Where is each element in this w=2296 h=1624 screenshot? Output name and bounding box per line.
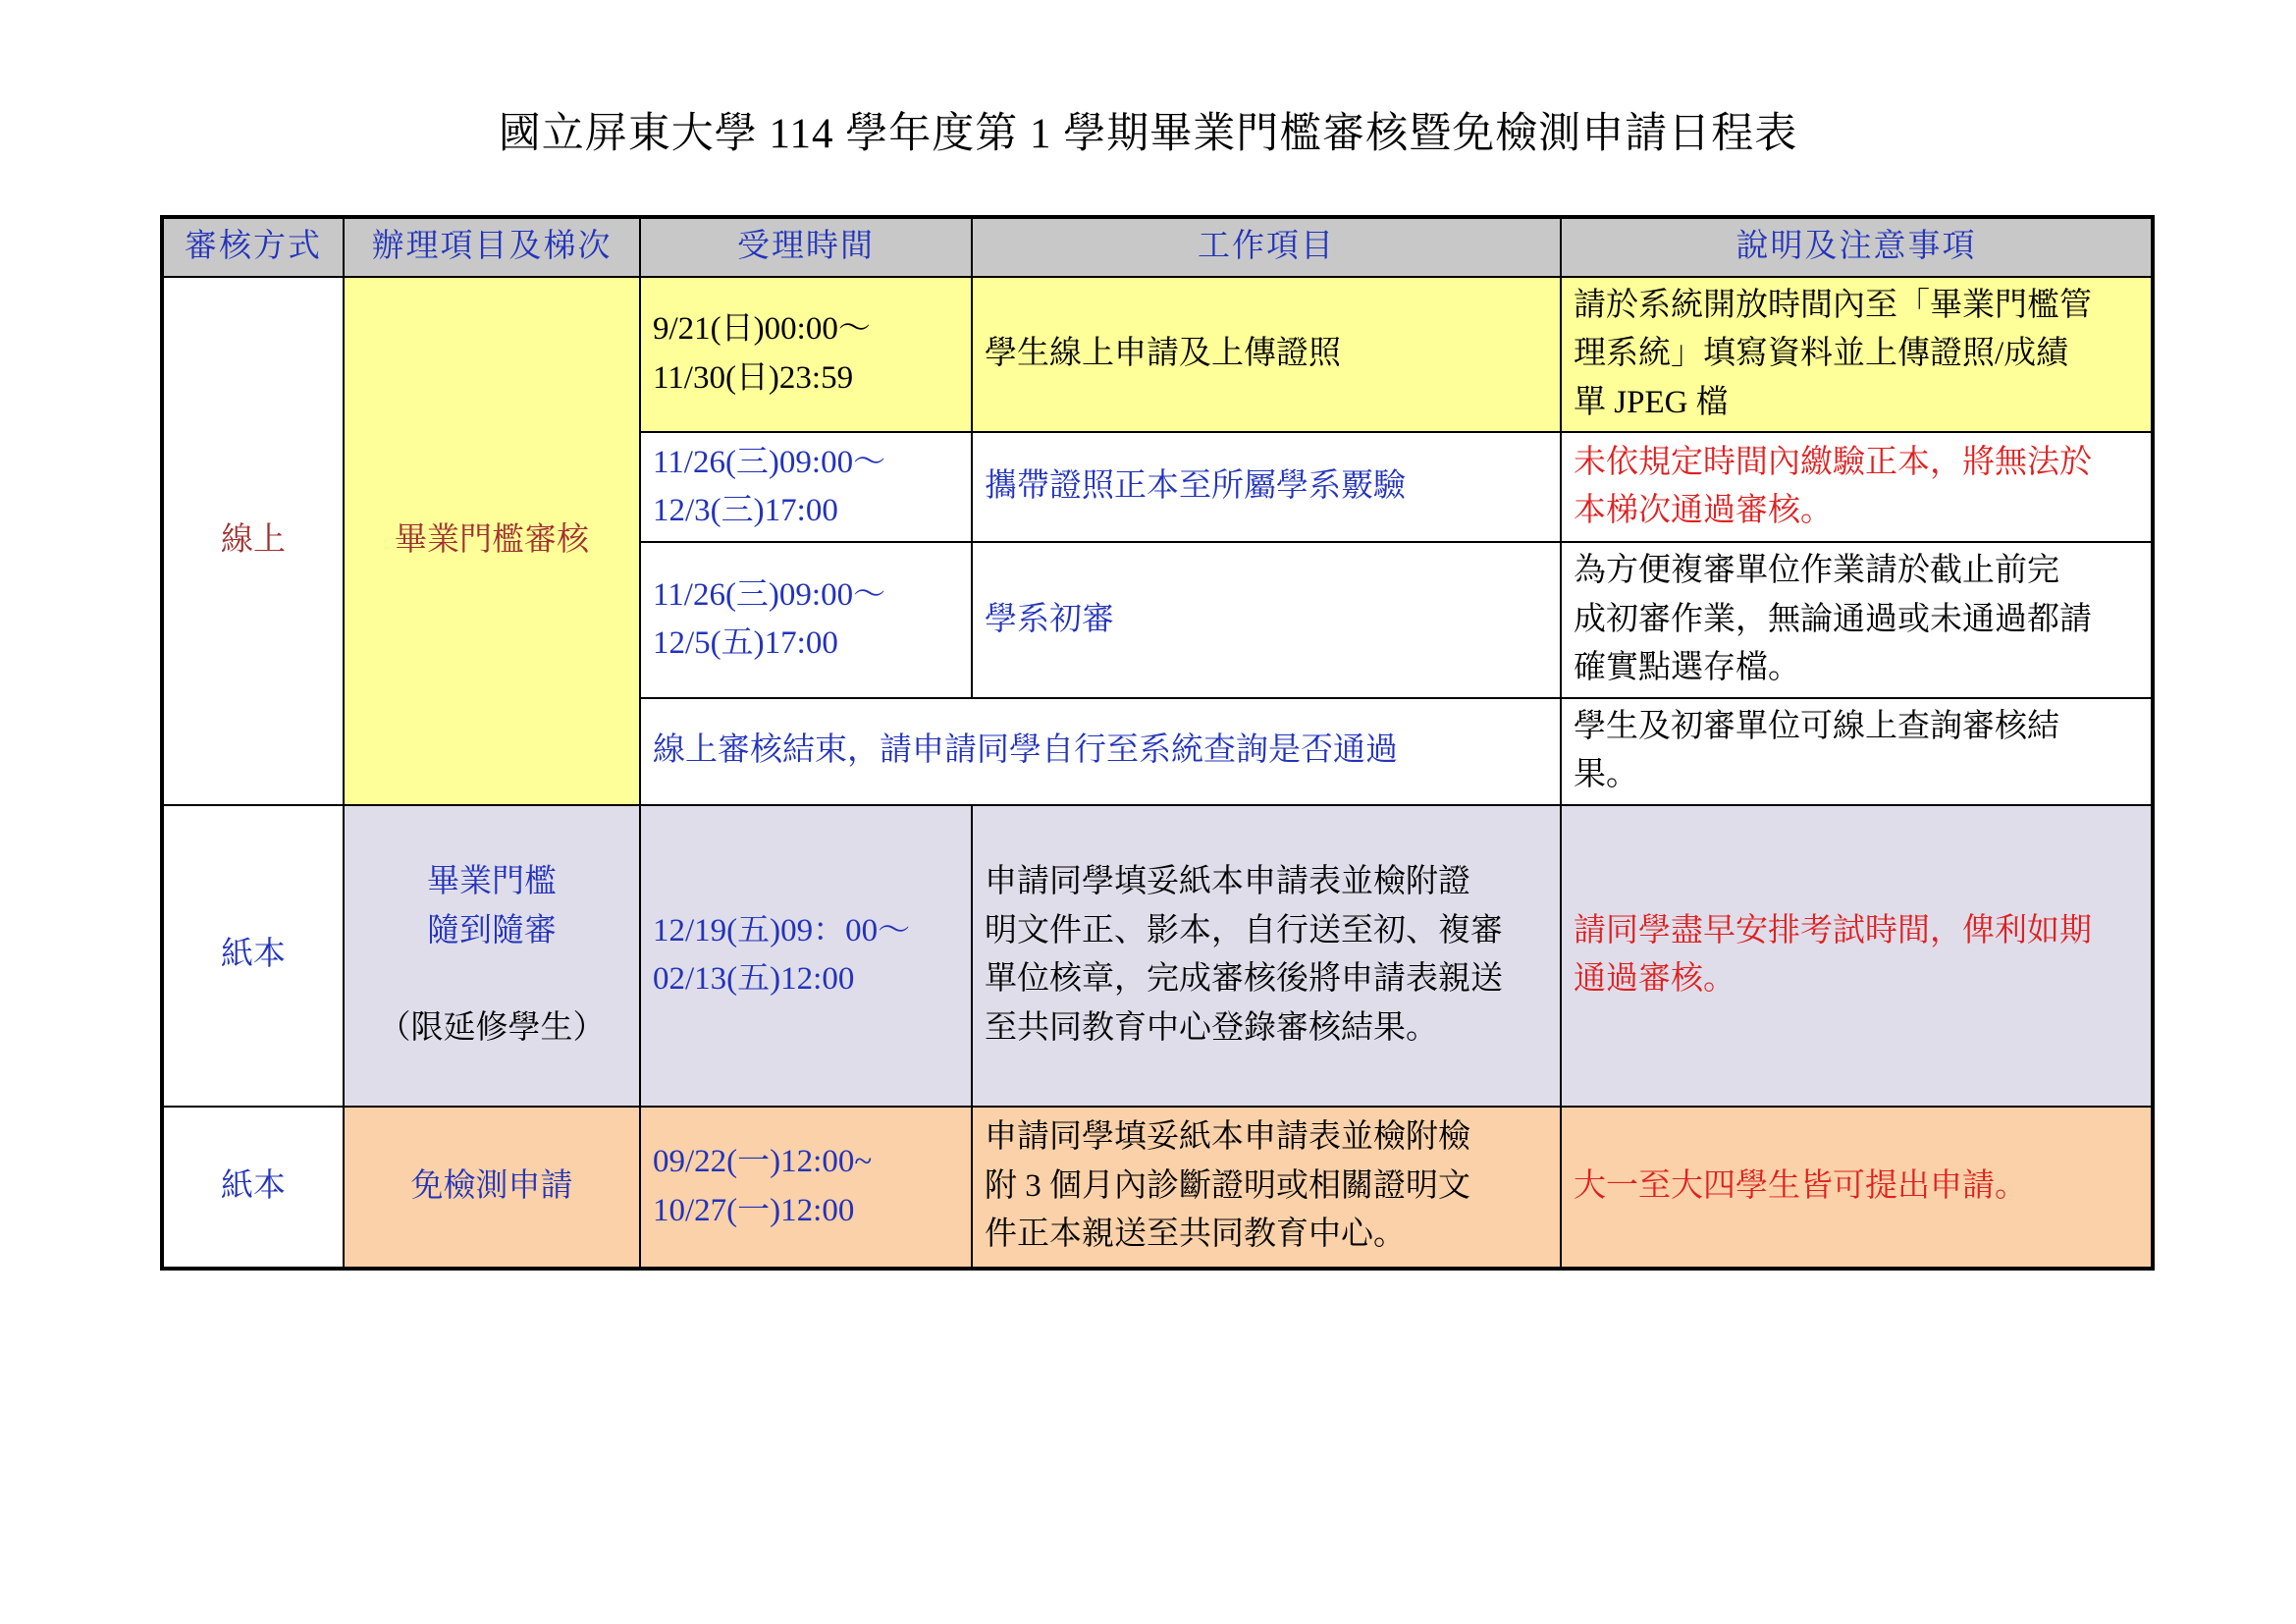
cell-time-exemption: 09/22(一)12:00~ 10/27(一)12:00 [640,1107,972,1269]
project-rolling-subtitle: （限延修學生） [356,1004,627,1054]
cell-time-online-apply: 9/21(日)00:00～ 11/30(日)23:59 [640,277,972,433]
cell-time-verify-original: 11/26(三)09:00～ 12/3(三)17:00 [640,432,972,542]
cell-note-online-query: 學生及初審單位可線上查詢審核結 果。 [1561,698,2153,805]
row-paper-exemption: 紙本 免檢測申請 09/22(一)12:00~ 10/27(一)12:00 申請… [162,1107,2153,1269]
header-time: 受理時間 [640,217,972,277]
cell-method-paper-1: 紙本 [162,805,344,1107]
cell-method-online: 線上 [162,277,344,805]
cell-task-paper-rolling: 申請同學填妥紙本申請表並檢附證 明文件正、影本，自行送至初、複審 單位核章，完成… [972,805,1561,1107]
row-paper-rolling: 紙本 畢業門檻 隨到隨審 （限延修學生） 12/19(五)09：00～ 02/1… [162,805,2153,1107]
cell-project-exemption: 免檢測申請 [344,1107,640,1269]
cell-time-dept-review: 11/26(三)09:00～ 12/5(五)17:00 [640,542,972,698]
cell-task-verify-original: 攜帶證照正本至所屬學系覈驗 [972,432,1561,542]
cell-note-online-apply: 請於系統開放時間內至「畢業門檻管 理系統」填寫資料並上傳證照/成績 單 JPEG… [1561,277,2153,433]
cell-time-paper-rolling: 12/19(五)09：00～ 02/13(五)12:00 [640,805,972,1107]
header-notes: 說明及注意事項 [1561,217,2153,277]
schedule-table: 審核方式 辦理項目及梯次 受理時間 工作項目 說明及注意事項 線上 畢業門檻審核… [160,215,2155,1271]
cell-note-paper-rolling: 請同學盡早安排考試時間，俾利如期 通過審核。 [1561,805,2153,1107]
cell-note-dept-review: 為方便複審單位作業請於截止前完 成初審作業，無論通過或未通過都請 確實點選存檔。 [1561,542,2153,698]
cell-project-graduation-review: 畢業門檻審核 [344,277,640,805]
cell-task-exemption: 申請同學填妥紙本申請表並檢附檢 附 3 個月內診斷證明或相關證明文 件正本親送至… [972,1107,1561,1269]
header-task: 工作項目 [972,217,1561,277]
cell-method-paper-2: 紙本 [162,1107,344,1269]
row-online-1: 線上 畢業門檻審核 9/21(日)00:00～ 11/30(日)23:59 學生… [162,277,2153,433]
cell-project-rolling-review: 畢業門檻 隨到隨審 （限延修學生） [344,805,640,1107]
header-project: 辦理項目及梯次 [344,217,640,277]
page-title: 國立屏東大學 114 學年度第 1 學期畢業門檻審核暨免檢測申請日程表 [0,100,2296,160]
cell-online-review-end-message: 線上審核結束，請申請同學自行至系統查詢是否通過 [640,698,1561,805]
cell-note-verify-original: 未依規定時間內繳驗正本，將無法於 本梯次通過審核。 [1561,432,2153,542]
project-rolling-title: 畢業門檻 隨到隨審 [356,858,627,955]
cell-task-dept-review: 學系初審 [972,542,1561,698]
cell-task-online-apply: 學生線上申請及上傳證照 [972,277,1561,433]
header-review-method: 審核方式 [162,217,344,277]
header-row: 審核方式 辦理項目及梯次 受理時間 工作項目 說明及注意事項 [162,217,2153,277]
cell-note-exemption: 大一至大四學生皆可提出申請。 [1561,1107,2153,1269]
